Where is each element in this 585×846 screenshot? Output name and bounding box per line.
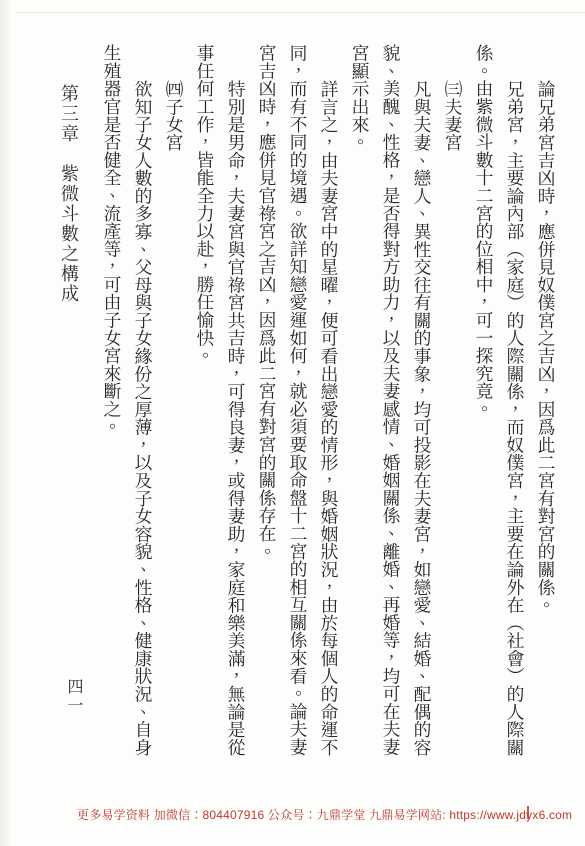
page-number: 四一 bbox=[62, 678, 85, 716]
chapter-title: 第三章 紫微斗數之構成 bbox=[56, 84, 82, 304]
body-paragraph: 特別是男命，夫妻宮與官祿宮共吉時，可得良妻，或得妻助，家庭和樂美滿，無論是從事任… bbox=[189, 44, 251, 766]
scan-artifact-left-shade bbox=[0, 0, 12, 846]
scan-artifact-footer-tick bbox=[527, 806, 529, 819]
body-paragraph: 凡與夫妻、戀人、異性交往有關的事象，均可投影在夫妻宮，如戀愛、結婚、配偶的容貌、… bbox=[344, 44, 437, 766]
body-paragraph: 詳言之，由夫妻宮中的星曜，便可看出戀愛的情形，與婚姻狀況，由於每個人的命運不同，… bbox=[251, 44, 344, 766]
section-heading-spouse-palace: ㈢夫妻宮 bbox=[437, 44, 468, 766]
body-paragraph: 論兄弟宮吉凶時，應併見奴僕宮之吉凶，因爲此二宮有對宮的關係。 bbox=[530, 44, 561, 766]
book-page: 論兄弟宮吉凶時，應併見奴僕宮之吉凶，因爲此二宮有對宮的關係。 兄弟宮，主要論內部… bbox=[0, 0, 585, 846]
scan-artifact-top-line bbox=[16, 12, 585, 13]
section-heading-children-palace: ㈣子女宮 bbox=[158, 44, 189, 766]
body-paragraph: 兄弟宮，主要論內部（家庭）的人際關係，而奴僕宮，主要在論外在（社會）的人際關係。… bbox=[468, 44, 530, 766]
main-vertical-text: 論兄弟宮吉凶時，應併見奴僕宮之吉凶，因爲此二宮有對宮的關係。 兄弟宮，主要論內部… bbox=[81, 44, 561, 766]
promo-footer-text: 更多易学资料 加微信：804407916 公众号：九鼎学堂 九鼎易学网站: ht… bbox=[77, 806, 547, 823]
body-paragraph: 欲知子女人數的多寡、父母與子女緣份之厚薄，以及子女容貌、性格、健康狀況、自身生殖… bbox=[96, 44, 158, 766]
